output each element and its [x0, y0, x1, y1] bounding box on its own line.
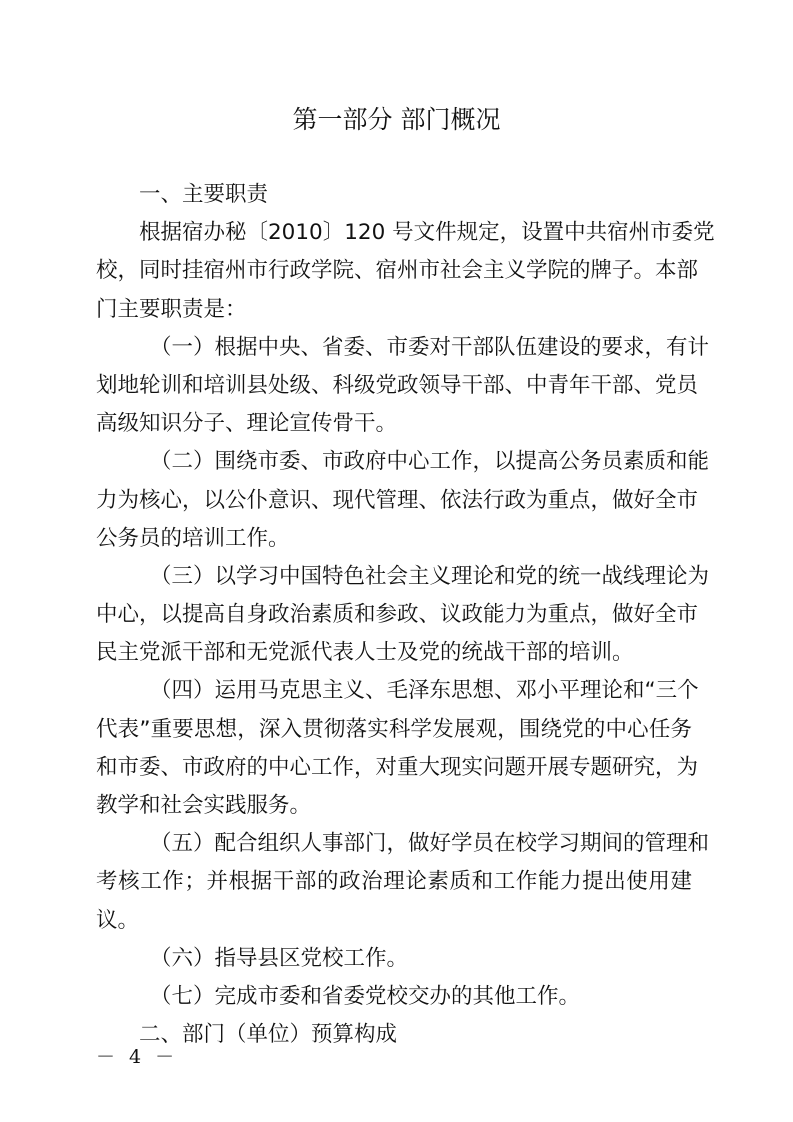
duty-item-7-line: （七）完成市委和省委党校交办的其他工作。: [96, 978, 692, 1016]
intro-line: 门主要职责是：: [96, 291, 692, 329]
page-number: － 4 －: [96, 1042, 178, 1069]
duty-item-5-line: 考核工作；并根据干部的政治理论素质和工作能力提出使用建: [96, 863, 692, 901]
intro-line: 校，同时挂宿州市行政学院、宿州市社会主义学院的牌子。本部: [96, 252, 692, 290]
document-body: 一、主要职责 根据宿办秘〔2010〕120 号文件规定，设置中共宿州市委党 校，…: [96, 176, 692, 1054]
section-heading-budget-composition: 二、部门（单位）预算构成: [96, 1016, 692, 1054]
duty-item-2-line: 公务员的培训工作。: [96, 520, 692, 558]
section-heading-main-duties: 一、主要职责: [96, 176, 692, 214]
duty-item-3-line: 中心，以提高自身政治素质和参政、议政能力为重点，做好全市: [96, 596, 692, 634]
duty-item-1-line: 划地轮训和培训县处级、科级党政领导干部、中青年干部、党员: [96, 367, 692, 405]
duty-item-6-line: （六）指导县区党校工作。: [96, 940, 692, 978]
duty-item-5-line: （五）配合组织人事部门，做好学员在校学习期间的管理和: [96, 825, 692, 863]
duty-item-4-line: （四）运用马克思主义、毛泽东思想、邓小平理论和“三个: [96, 672, 692, 710]
duty-item-3-line: （三）以学习中国特色社会主义理论和党的统一战线理论为: [96, 558, 692, 596]
duty-item-4-line: 代表”重要思想，深入贯彻落实科学发展观，围绕党的中心任务: [96, 711, 692, 749]
duty-item-2-line: （二）围绕市委、市政府中心工作，以提高公务员素质和能: [96, 443, 692, 481]
duty-item-4-line: 和市委、市政府的中心工作，对重大现实问题开展专题研究，为: [96, 749, 692, 787]
duty-item-1-line: 高级知识分子、理论宣传骨干。: [96, 405, 692, 443]
duty-item-4-line: 教学和社会实践服务。: [96, 787, 692, 825]
intro-line: 根据宿办秘〔2010〕120 号文件规定，设置中共宿州市委党: [96, 214, 692, 252]
page-title: 第一部分 部门概况: [0, 100, 793, 136]
duty-item-3-line: 民主党派干部和无党派代表人士及党的统战干部的培训。: [96, 634, 692, 672]
duty-item-2-line: 力为核心，以公仆意识、现代管理、依法行政为重点，做好全市: [96, 482, 692, 520]
duty-item-1-line: （一）根据中央、省委、市委对干部队伍建设的要求，有计: [96, 329, 692, 367]
duty-item-5-line: 议。: [96, 902, 692, 940]
